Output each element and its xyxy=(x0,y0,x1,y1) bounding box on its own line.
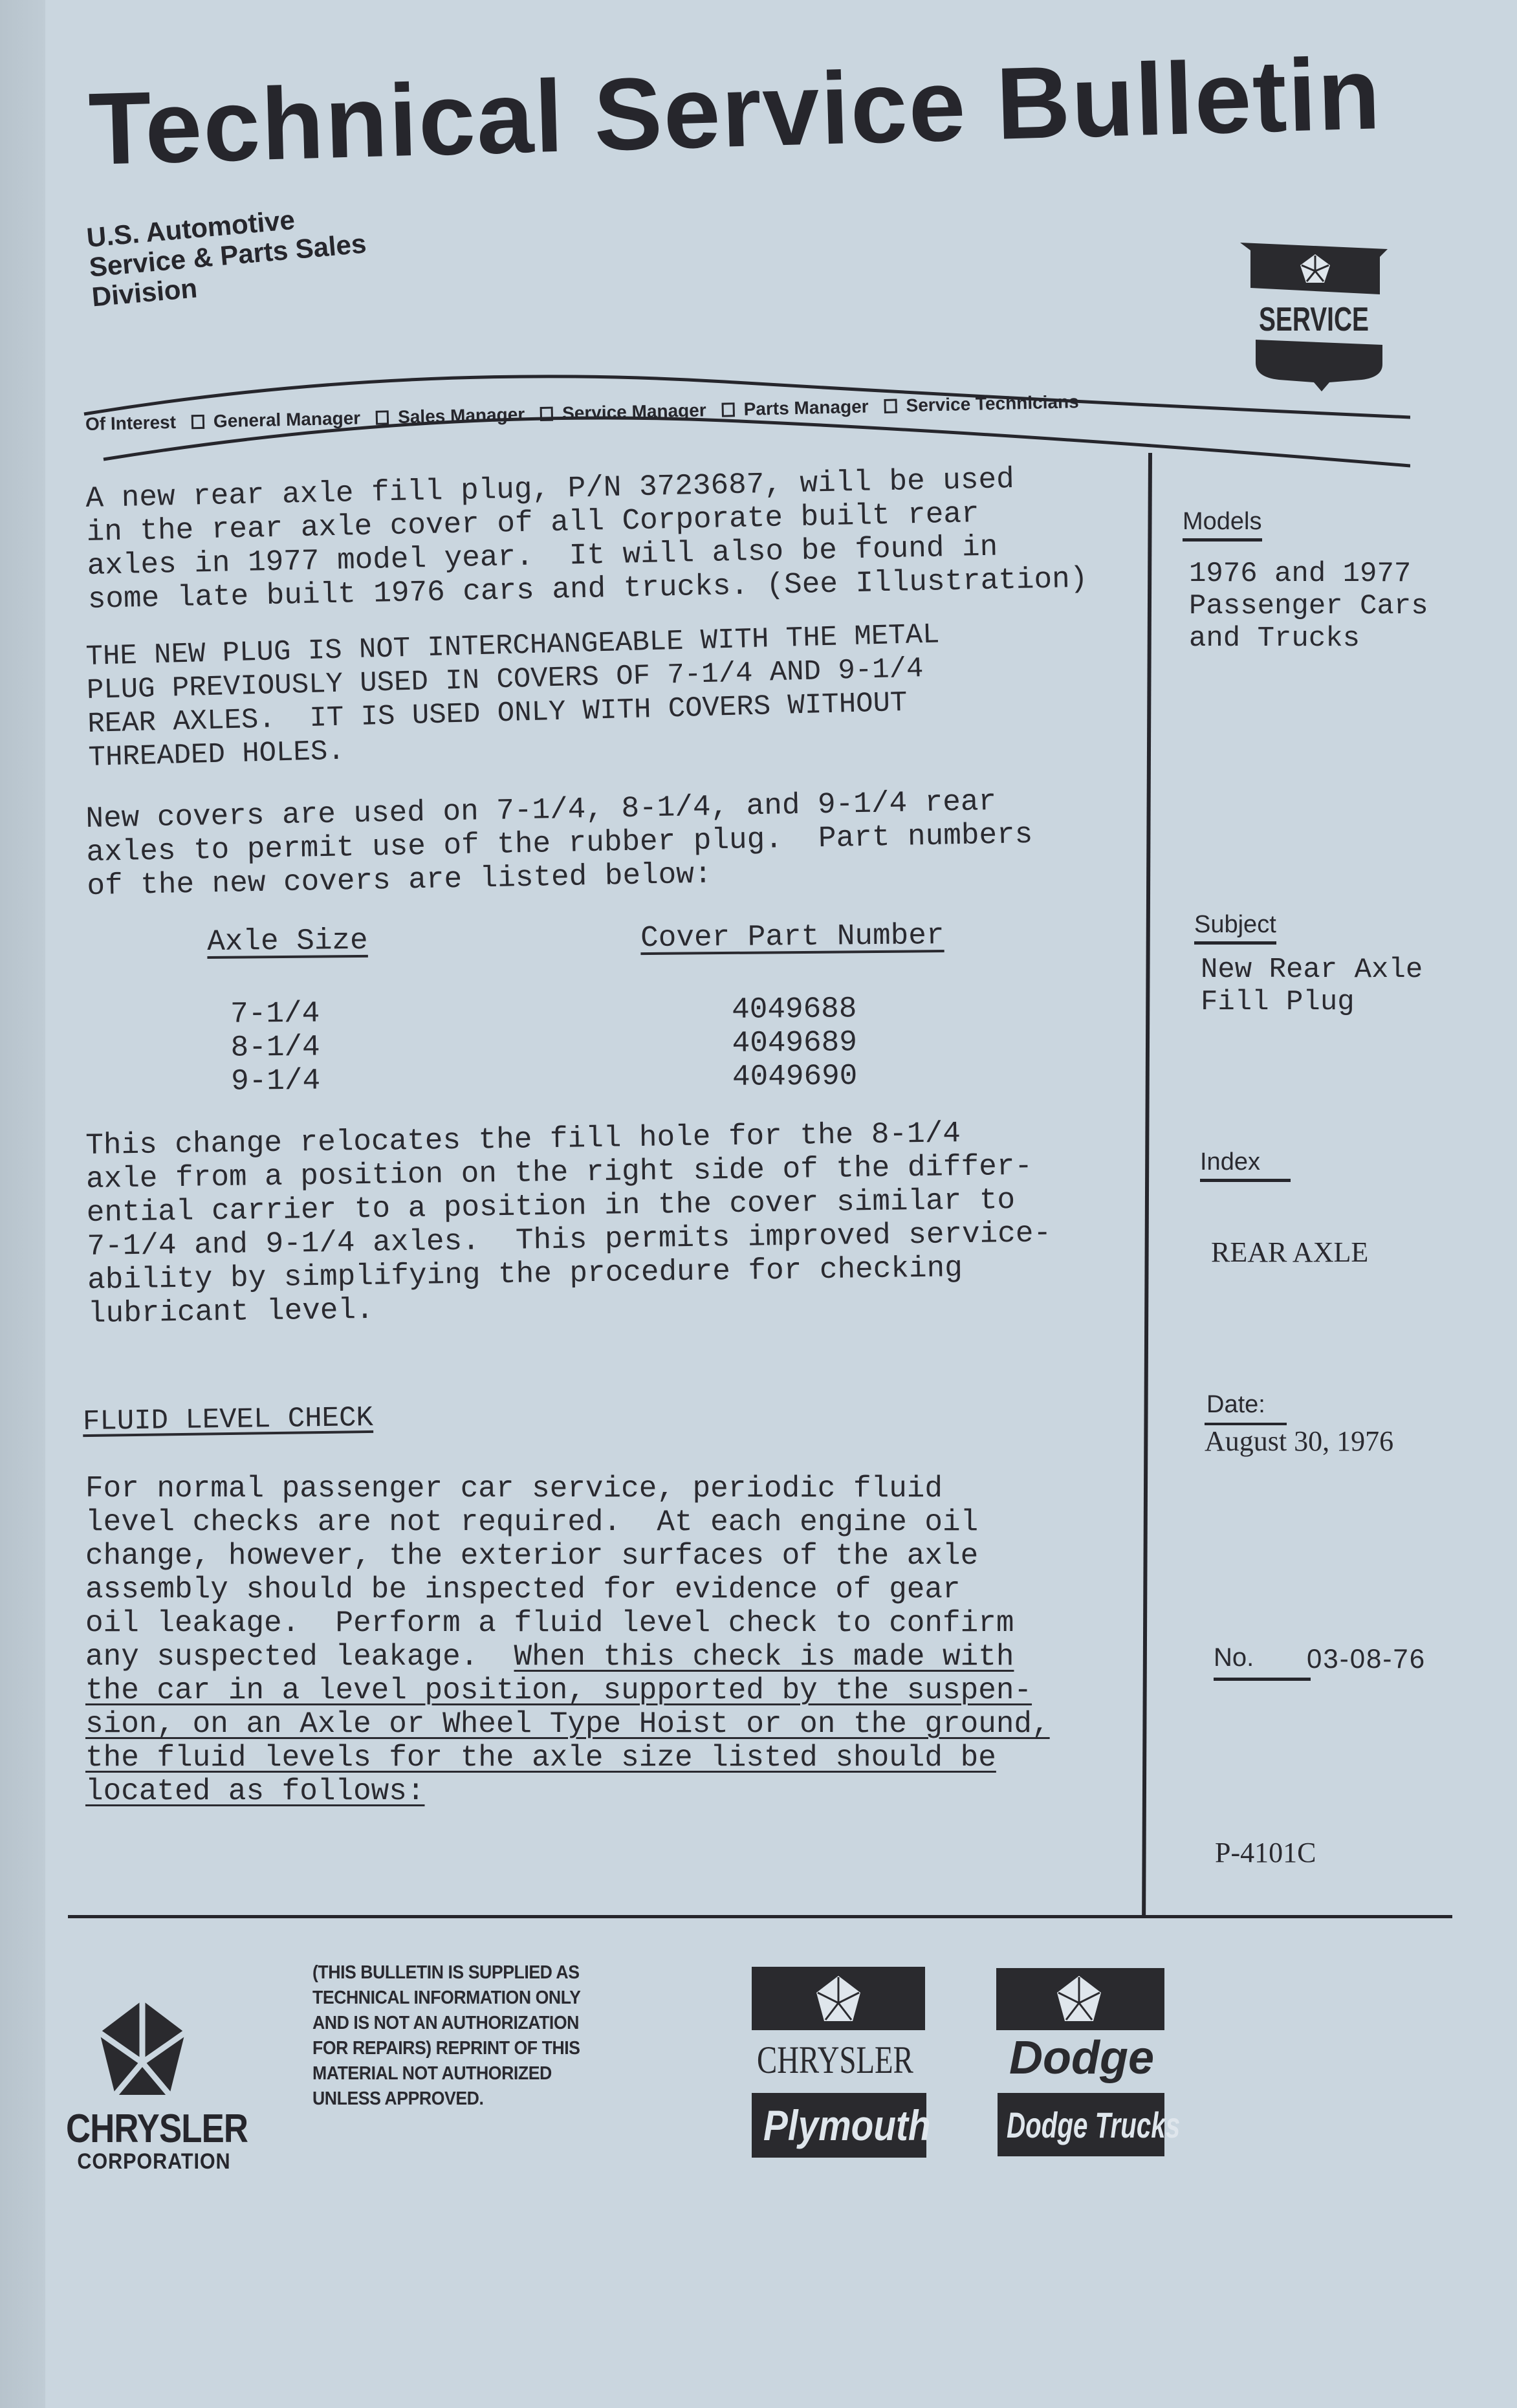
column-header-cover-part-number: Cover Part Number xyxy=(640,919,944,955)
paragraph-relocation: This change relocates the fill hole for … xyxy=(85,1114,1149,1331)
date-value: August 30, 1976 xyxy=(1205,1425,1393,1458)
option-label: Parts Manager xyxy=(743,397,869,420)
disclaimer-line: AND IS NOT AN AUTHORIZATION xyxy=(312,2011,646,2036)
column-header-axle-size: Axle Size xyxy=(207,921,640,959)
bulletin-number-label: No. xyxy=(1214,1643,1311,1681)
axle-size-cell: 9-1/4 xyxy=(208,1061,642,1099)
of-interest-label: Of Interest xyxy=(85,412,177,435)
corp-sub: CORPORATION xyxy=(61,2149,247,2174)
part-number-cell: 4049689 xyxy=(641,1025,857,1061)
paragraph-new-plug: A new rear axle fill plug, P/N 3723687, … xyxy=(85,460,1149,617)
option-label: Service Technicians xyxy=(906,391,1079,416)
disclaimer-line: UNLESS APPROVED. xyxy=(312,2086,646,2112)
chrysler-corporation-logo: CHRYSLER CORPORATION xyxy=(50,2109,257,2174)
disclaimer-line: MATERIAL NOT AUTHORIZED xyxy=(312,2061,646,2086)
pentastar-icon xyxy=(97,1999,188,2103)
axle-size-cell: 7-1/4 xyxy=(208,994,641,1031)
checkbox-general-manager[interactable] xyxy=(191,415,204,429)
checkbox-parts-manager[interactable] xyxy=(721,402,734,417)
subject-label: Subject xyxy=(1194,911,1276,945)
dodge-brand: Dodge xyxy=(1009,2031,1154,2085)
paragraph-fluid-level: For normal passenger car service, period… xyxy=(85,1472,1146,1808)
checkbox-service-manager[interactable] xyxy=(540,407,553,421)
pentastar-icon xyxy=(1054,1973,1104,2025)
date-day-year: 30, 1976 xyxy=(1287,1425,1393,1457)
pentastar-icon xyxy=(814,1973,863,2025)
form-number: P-4101C xyxy=(1215,1836,1316,1869)
footer-divider xyxy=(68,1915,1452,1918)
disclaimer-line: (THIS BULLETIN IS SUPPLIED AS xyxy=(312,1960,646,1986)
index-value: REAR AXLE xyxy=(1211,1236,1368,1269)
fluid-level-check-heading: FLUID LEVEL CHECK xyxy=(83,1402,374,1438)
date-month: August xyxy=(1205,1423,1287,1457)
option-label: Sales Manager xyxy=(398,404,525,428)
checkbox-service-technicians[interactable] xyxy=(884,399,897,413)
part-number-cell: 4049690 xyxy=(642,1059,858,1095)
chrysler-brand: CHRYSLER xyxy=(757,2038,913,2083)
models-label: Models xyxy=(1183,508,1262,542)
paragraph-new-covers: New covers are used on 7-1/4, 8-1/4, and… xyxy=(85,782,1148,903)
cover-part-table: Axle Size Cover Part Number 7-1/4 404968… xyxy=(207,918,1049,1099)
page-edge xyxy=(0,0,45,2408)
svg-text:SERVICE: SERVICE xyxy=(1259,301,1369,338)
corp-name: CHRYSLER xyxy=(66,2109,242,2149)
date-label: Date: xyxy=(1206,1391,1265,1419)
disclaimer-line: FOR REPAIRS) REPRINT OF THIS xyxy=(312,2036,646,2061)
checkbox-sales-manager[interactable] xyxy=(376,410,389,424)
bulletin-number: 03-08-76 xyxy=(1307,1643,1426,1674)
index-label: Index xyxy=(1200,1148,1291,1182)
part-number-cell: 4049688 xyxy=(641,992,857,1027)
axle-size-cell: 8-1/4 xyxy=(208,1027,641,1065)
paragraph-not-interchangeable: THE NEW PLUG IS NOT INTERCHANGEABLE WITH… xyxy=(85,613,1150,775)
plymouth-brand: Plymouth xyxy=(763,2101,931,2150)
of-interest-checklist: Of Interest General Manager Sales Manage… xyxy=(85,388,1153,459)
option-label: General Manager xyxy=(213,408,361,432)
disclaimer-line: TECHNICAL INFORMATION ONLY xyxy=(312,1986,646,2011)
disclaimer-text: (THIS BULLETIN IS SUPPLIED AS TECHNICAL … xyxy=(312,1960,675,2112)
models-value: 1976 and 1977 Passenger Cars and Trucks xyxy=(1189,558,1428,655)
option-label: Service Manager xyxy=(562,400,706,424)
dodge-trucks-brand: Dodge Trucks xyxy=(1007,2104,1180,2146)
service-shield-logo: SERVICE xyxy=(1232,236,1394,391)
subject-value: New Rear Axle Fill Plug xyxy=(1201,954,1423,1018)
